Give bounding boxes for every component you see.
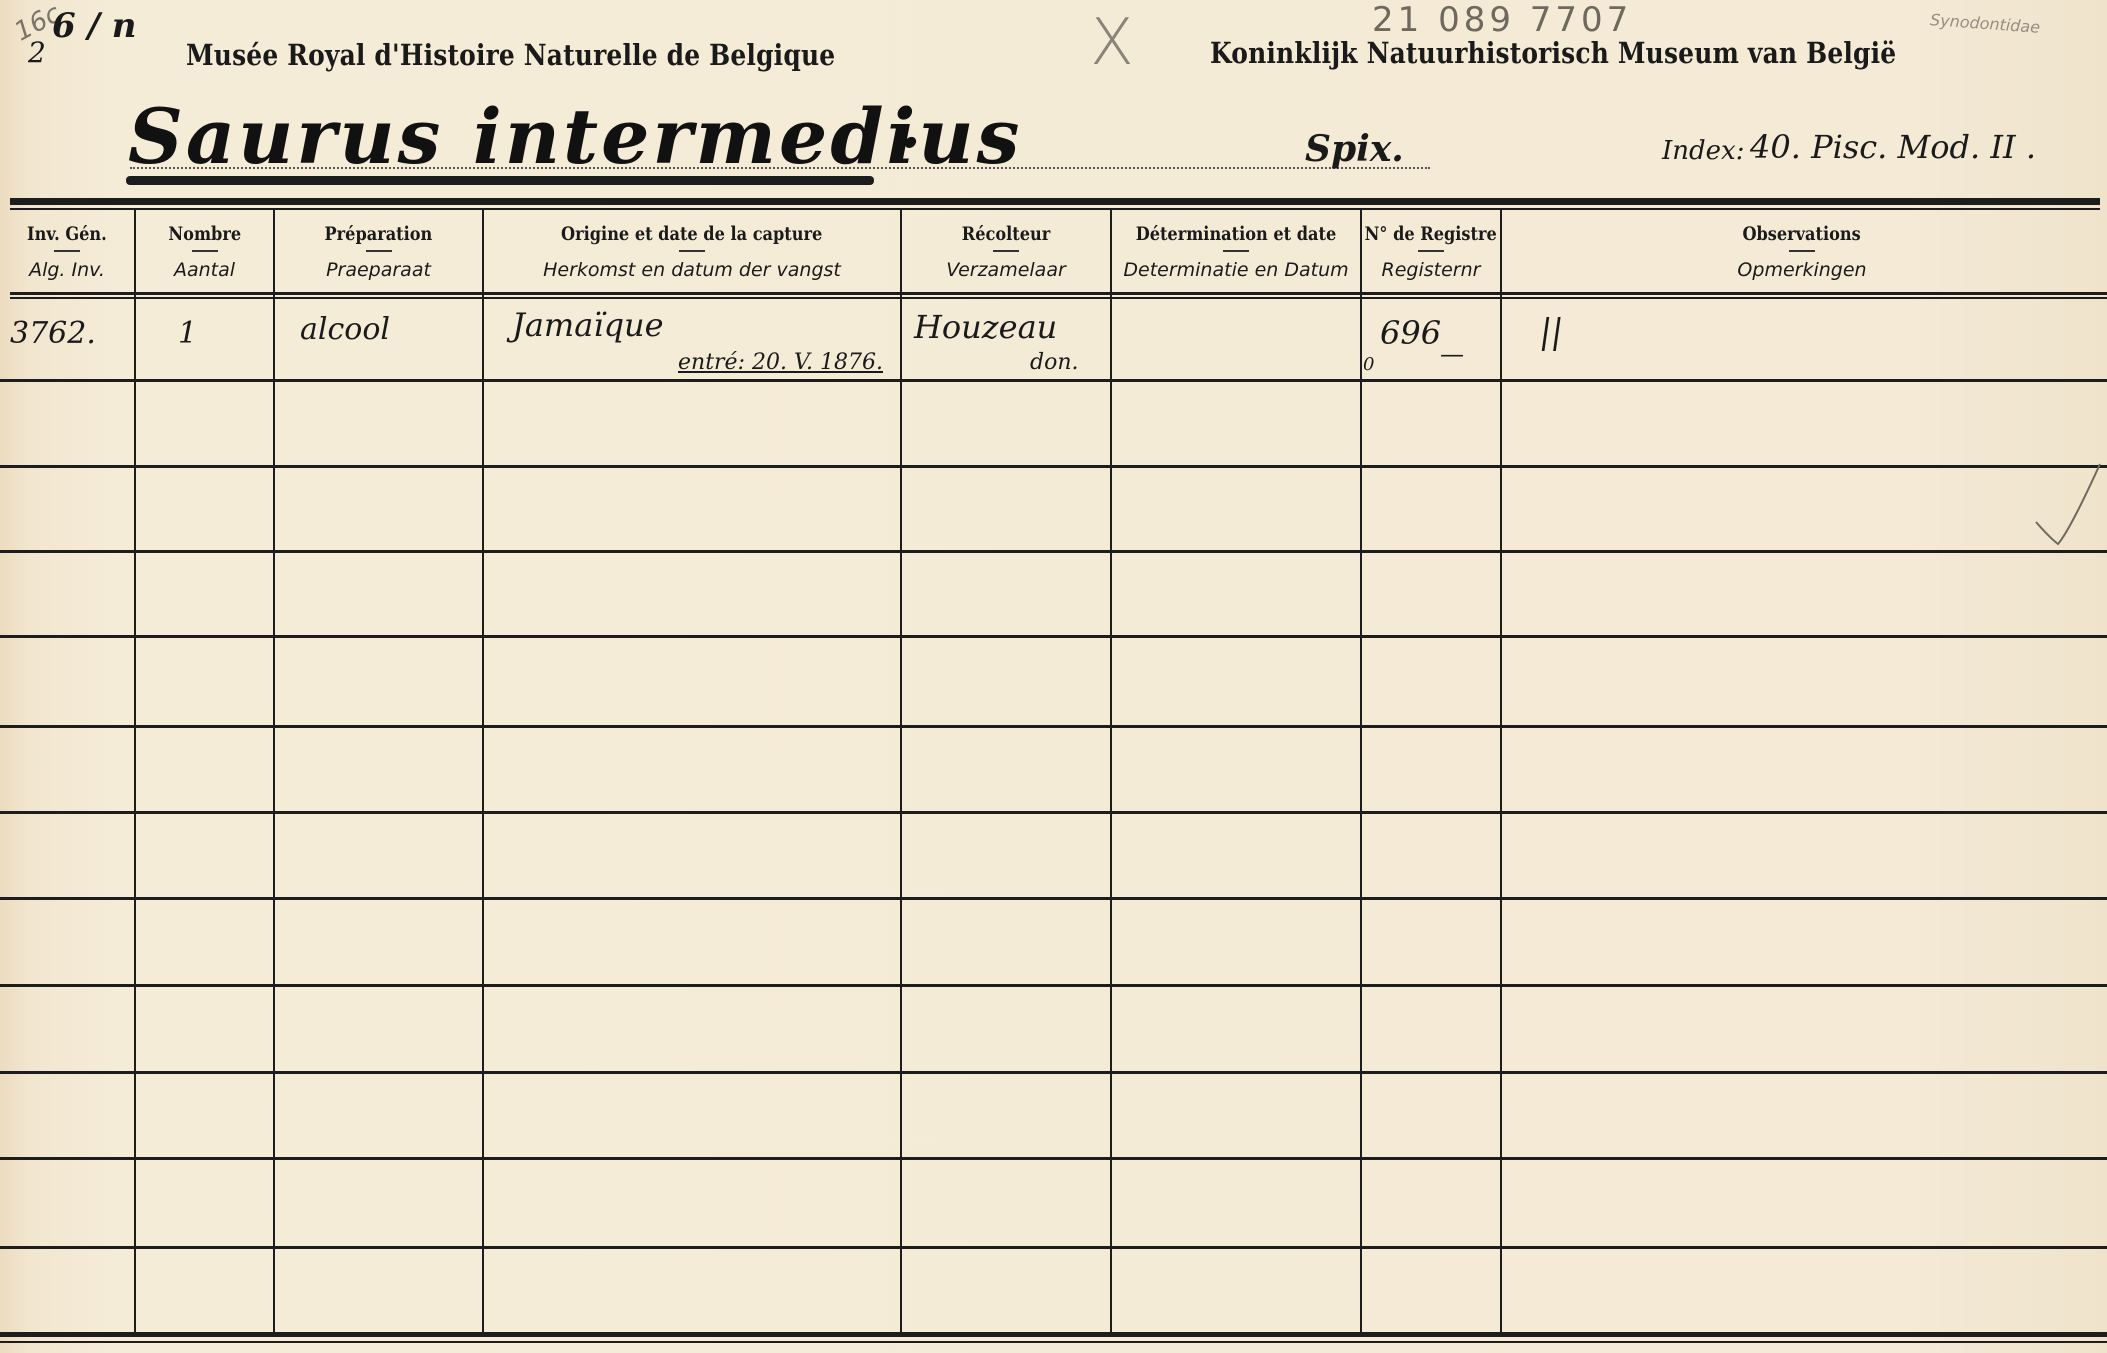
- header-dash: [1223, 250, 1249, 252]
- family-note: Synodontidae: [1929, 10, 2040, 37]
- author-name: Spix.: [1305, 128, 1404, 170]
- header-dash: [993, 250, 1019, 252]
- row-line: [0, 811, 2107, 814]
- header-fr-label: Observations: [1743, 223, 1861, 245]
- check-mark-icon: [2030, 460, 2107, 560]
- cell-inv: 3762.: [10, 316, 96, 351]
- column-header-origin: Origine et date de la capture Herkomst e…: [484, 212, 900, 292]
- top-thin-rule: [10, 208, 2100, 210]
- header-nl-label: Alg. Inv.: [29, 259, 105, 281]
- index-label: Index:: [1662, 136, 1744, 166]
- cell-origin-date: entré: 20. V. 1876.: [678, 350, 883, 375]
- row-line: [0, 725, 2107, 728]
- row-line: [0, 897, 2107, 900]
- header-dash: [1789, 250, 1815, 252]
- header-nl-label: Herkomst en datum der vangst: [543, 259, 841, 281]
- cell-preparation: alcool: [300, 312, 390, 347]
- header-dash: [366, 250, 392, 252]
- bottom-thick-rule: [0, 1332, 2107, 1337]
- species-period: .: [900, 92, 924, 162]
- header-fr-label: Origine et date de la capture: [561, 223, 822, 245]
- header-dash: [679, 250, 705, 252]
- header-fr-label: Préparation: [325, 223, 433, 245]
- row-line: [0, 635, 2107, 638]
- index-value: 40. Pisc. Mod. II .: [1750, 128, 2036, 166]
- column-header-observations: Observations Opmerkingen: [1502, 212, 2102, 292]
- header-nl-label: Determinatie en Datum: [1123, 259, 1348, 281]
- cell-observations: ||: [1537, 312, 1566, 352]
- header-dash: [192, 250, 218, 252]
- species-name: Saurus intermedius: [128, 92, 1022, 181]
- ink-note-2: 2: [28, 36, 46, 69]
- header-nl-label: Aantal: [174, 259, 235, 281]
- header-dash: [1418, 250, 1444, 252]
- column-header-collector: Récolteur Verzamelaar: [902, 212, 1110, 292]
- catalog-number: 21 089 7707: [1372, 0, 1632, 40]
- header-nl-label: Registernr: [1382, 259, 1481, 281]
- x-mark: X: [1090, 6, 1134, 80]
- cell-register: 696: [1380, 314, 1441, 352]
- header-fr-label: Nombre: [168, 223, 241, 245]
- header-fr-label: Détermination et date: [1136, 223, 1337, 245]
- row-line: [0, 1157, 2107, 1160]
- row-line: [0, 379, 2107, 382]
- row-line: [0, 550, 2107, 553]
- column-header-register: N° de Registre Registernr: [1362, 212, 1500, 292]
- header-fr-label: Récolteur: [962, 223, 1050, 245]
- header-nl-label: Opmerkingen: [1737, 259, 1866, 281]
- column-header-count: Nombre Aantal: [136, 212, 273, 292]
- cell-origin: Jamaïque: [512, 306, 664, 344]
- column-header-inv: Inv. Gén. Alg. Inv.: [0, 212, 134, 292]
- row-line: [0, 1071, 2107, 1074]
- header-bottom-rule-thin: [10, 297, 2107, 299]
- column-header-determination: Détermination et date Determinatie en Da…: [1112, 212, 1360, 292]
- row-line: [0, 984, 2107, 987]
- column-header-preparation: Préparation Praeparaat: [275, 212, 482, 292]
- cell-collector-note: don.: [1030, 350, 1079, 375]
- cell-collector: Houzeau: [914, 308, 1057, 346]
- header-bottom-rule: [10, 292, 2107, 295]
- row-line: [0, 1246, 2107, 1249]
- institution-name-fr: Musée Royal d'Histoire Naturelle de Belg…: [186, 38, 835, 72]
- species-underline: [126, 176, 874, 185]
- cell-count: 1: [178, 316, 197, 351]
- top-thick-rule: [10, 198, 2100, 205]
- header-nl-label: Praeparaat: [326, 259, 431, 281]
- header-fr-label: Inv. Gén.: [27, 223, 107, 245]
- header-nl-label: Verzamelaar: [946, 259, 1066, 281]
- cell-register-mark: —: [1440, 340, 1464, 368]
- institution-name-nl: Koninklijk Natuurhistorisch Museum van B…: [1210, 36, 1896, 70]
- header-dash: [54, 250, 80, 252]
- bottom-thin-rule: [0, 1341, 2107, 1343]
- row-line: [0, 465, 2107, 468]
- ink-mark: 6 / n: [52, 6, 136, 46]
- header-fr-label: N° de Registre: [1365, 223, 1497, 245]
- cell-register-small: 0: [1363, 354, 1374, 375]
